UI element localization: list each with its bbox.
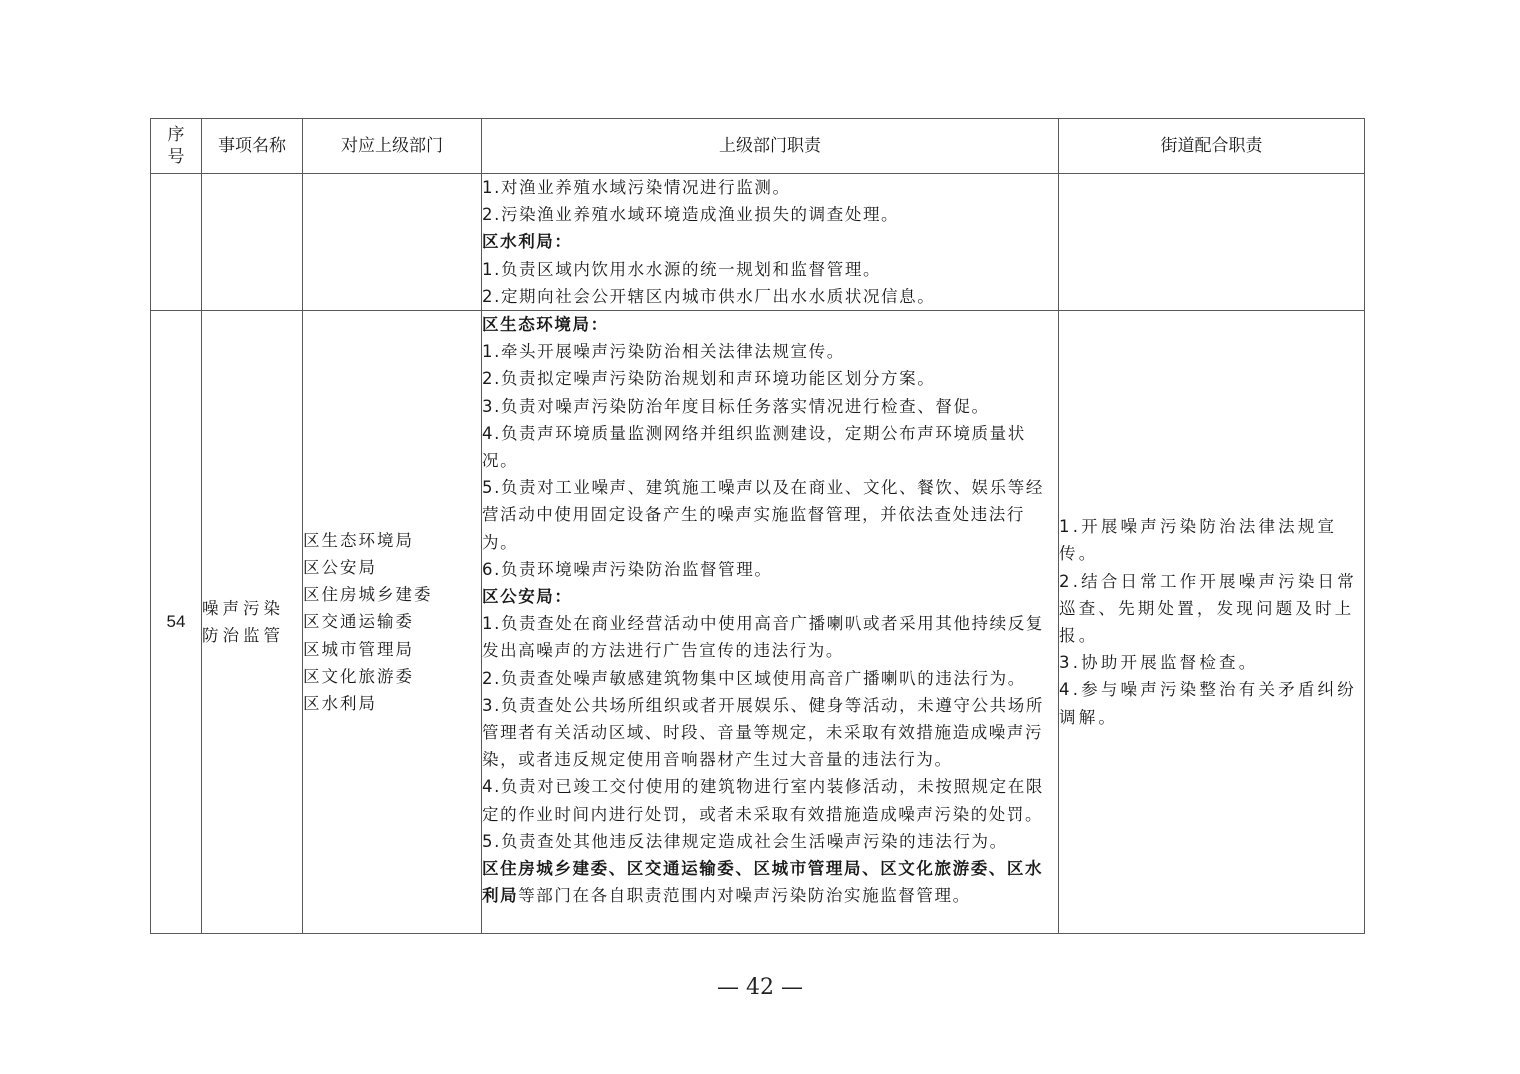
duty-line: 1.对渔业养殖水域污染情况进行监测。 xyxy=(482,174,1058,201)
header-seq-line-2: 号 xyxy=(151,146,201,168)
seq-cell xyxy=(151,174,202,311)
item-name-cell: 噪声污染防治监管 xyxy=(202,311,303,934)
duty-dept-heading: 区水利局： xyxy=(482,232,573,251)
department-item: 区住房城乡建委 xyxy=(303,581,481,608)
duty-line: 1.负责区域内饮用水水源的统一规划和监督管理。 xyxy=(482,256,1058,283)
street-duties-cell xyxy=(1059,174,1365,311)
header-departments: 对应上级部门 xyxy=(303,119,482,174)
duty-line: 2.负责查处噪声敏感建筑物集中区域使用高音广播喇叭的违法行为。 xyxy=(482,665,1058,692)
duty-line-mixed: 区住房城乡建委、区交通运输委、区城市管理局、区文化旅游委、区水利局等部门在各自职… xyxy=(482,855,1058,909)
departments-cell: 区生态环境局 区公安局 区住房城乡建委 区交通运输委 区城市管理局 区文化旅游委… xyxy=(303,311,482,934)
duty-line: 5.负责查处其他违反法律规定造成社会生活噪声污染的违法行为。 xyxy=(482,828,1058,855)
duty-line: 3.负责对噪声污染防治年度目标任务落实情况进行检查、督促。 xyxy=(482,393,1058,420)
duty-line: 4.负责对已竣工交付使用的建筑物进行室内装修活动，未按照规定在限定的作业时间内进… xyxy=(482,773,1058,827)
header-item-name: 事项名称 xyxy=(202,119,303,174)
header-seq: 序 号 xyxy=(151,119,202,174)
duty-line: 6.负责环境噪声污染防治监督管理。 xyxy=(482,556,1058,583)
dept-duties-cell: 区生态环境局： 1.牵头开展噪声污染防治相关法律法规宣传。 2.负责拟定噪声污染… xyxy=(482,311,1059,934)
department-item: 区水利局 xyxy=(303,690,481,717)
seq-cell: 54 xyxy=(151,311,202,934)
department-item: 区交通运输委 xyxy=(303,608,481,635)
header-dept-duties: 上级部门职责 xyxy=(482,119,1059,174)
duty-line: 2.污染渔业养殖水域环境造成渔业损失的调查处理。 xyxy=(482,201,1058,228)
street-duty-line: 4.参与噪声污染整治有关矛盾纠纷调解。 xyxy=(1059,676,1364,730)
duty-line: 3.负责查处公共场所组织或者开展娱乐、健身等活动，未遵守公共场所管理者有关活动区… xyxy=(482,692,1058,774)
page-number: — 42 — xyxy=(0,975,1520,1000)
duty-line: 4.负责声环境质量监测网络并组织监测建设，定期公布声环境质量状况。 xyxy=(482,420,1058,474)
street-duty-line: 2.结合日常工作开展噪声污染日常巡查、先期处置，发现问题及时上报。 xyxy=(1059,568,1364,650)
duty-line: 2.定期向社会公开辖区内城市供水厂出水水质状况信息。 xyxy=(482,283,1058,310)
table-row: 1.对渔业养殖水域污染情况进行监测。 2.污染渔业养殖水域环境造成渔业损失的调查… xyxy=(151,174,1365,311)
street-duties-cell: 1.开展噪声污染防治法律法规宣传。 2.结合日常工作开展噪声污染日常巡查、先期处… xyxy=(1059,311,1365,934)
dept-duties-cell: 1.对渔业养殖水域污染情况进行监测。 2.污染渔业养殖水域环境造成渔业损失的调查… xyxy=(482,174,1059,311)
duty-dept-heading: 区公安局： xyxy=(482,587,573,606)
department-item: 区生态环境局 xyxy=(303,527,481,554)
table-header-row: 序 号 事项名称 对应上级部门 上级部门职责 街道配合职责 xyxy=(151,119,1365,174)
duty-line: 2.负责拟定噪声污染防治规划和声环境功能区划分方案。 xyxy=(482,365,1058,392)
table-row: 54 噪声污染防治监管 区生态环境局 区公安局 区住房城乡建委 区交通运输委 区… xyxy=(151,311,1365,934)
responsibility-table: 序 号 事项名称 对应上级部门 上级部门职责 街道配合职责 1.对渔业养殖水域污… xyxy=(150,118,1365,934)
item-name-cell xyxy=(202,174,303,311)
department-item: 区文化旅游委 xyxy=(303,663,481,690)
duty-dept-heading: 区生态环境局： xyxy=(482,315,609,334)
street-duty-line: 3.协助开展监督检查。 xyxy=(1059,649,1364,676)
header-street-duties: 街道配合职责 xyxy=(1059,119,1365,174)
department-item: 区公安局 xyxy=(303,554,481,581)
header-seq-line-1: 序 xyxy=(151,124,201,146)
department-item: 区城市管理局 xyxy=(303,636,481,663)
departments-cell xyxy=(303,174,482,311)
street-duty-line: 1.开展噪声污染防治法律法规宣传。 xyxy=(1059,513,1364,567)
duty-line: 1.负责查处在商业经营活动中使用高音广播喇叭或者采用其他持续反复发出高噪声的方法… xyxy=(482,610,1058,664)
duty-line: 1.牵头开展噪声污染防治相关法律法规宣传。 xyxy=(482,338,1058,365)
duty-text: 等部门在各自职责范围内对噪声污染防治实施监督管理。 xyxy=(518,886,971,905)
duty-line: 5.负责对工业噪声、建筑施工噪声以及在商业、文化、餐饮、娱乐等经营活动中使用固定… xyxy=(482,474,1058,556)
